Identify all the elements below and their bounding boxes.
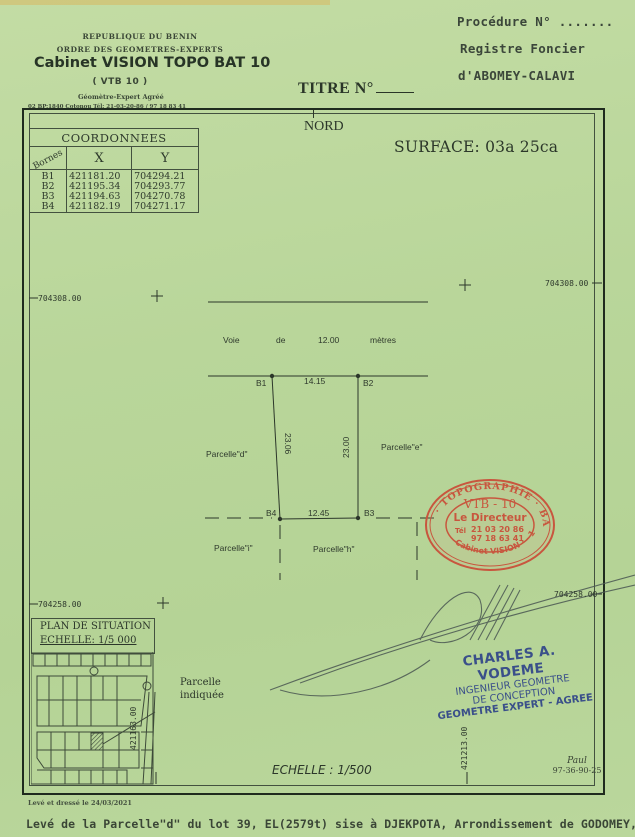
road-label-de: de [276,335,285,345]
borne-b4: B4 [266,508,276,518]
stamp-tel2: 97 18 63 41 [471,534,524,543]
stamp-tel-label: Tél [455,527,466,535]
side-bottom-length: 12.45 [308,508,329,518]
grid-label-x-right: 421213.00 [460,727,469,770]
survey-description: Levé de la Parcelle"d" du lot 39, EL(257… [26,817,635,831]
parcel-i: Parcelle"i" [214,543,253,553]
borne-b3: B3 [364,508,374,518]
side-top-length: 14.15 [304,376,325,386]
grid-label-y-top-left: 704308.00 [38,294,81,303]
situation-plan-header: PLAN DE SITUATION ECHELLE: 1/5 000 [31,618,155,654]
parcel-e: Parcelle"e" [381,442,422,452]
side-right-length: 23.00 [341,437,351,458]
road-unit: mètres [370,335,396,345]
side-left-length: 23.06 [283,433,293,454]
grid-label-y-top-right: 704308.00 [545,279,588,288]
grid-label-y-bottom-right: 704258.00 [554,590,597,599]
drawing-scale: ECHELLE : 1/500 [272,763,372,777]
stamp-tel1: 21 03 20 86 [471,525,524,534]
drafter-phone: 97-36-90-25 [552,766,602,775]
situation-plan-scale: ECHELLE: 1/5 000 [40,635,136,646]
survey-date: Levé et dressé le 24/03/2021 [28,799,132,807]
parcel-d: Parcelle"d" [206,449,247,459]
situation-plan-map [31,652,159,788]
road-width: 12.00 [318,335,339,345]
borne-b2: B2 [363,378,373,388]
pointer-label-line1: Parcelle [180,677,221,688]
borne-b1: B1 [256,378,266,388]
road-label-voie: Voie [223,335,240,345]
pointer-label-line2: indiquée [180,690,224,701]
cabinet-stamp: · TOPOGRAPHIE · BATIMENT Cabinet VISION … [423,477,557,573]
drafter-name: Paul [552,756,602,766]
stamp-center: VTB - 10 [423,497,557,511]
parcel-h: Parcelle"h" [313,544,354,554]
situation-plan-title: PLAN DE SITUATION [40,621,151,632]
grid-label-y-bottom-left: 704258.00 [38,600,81,609]
stamp-role: Le Directeur [423,512,557,524]
